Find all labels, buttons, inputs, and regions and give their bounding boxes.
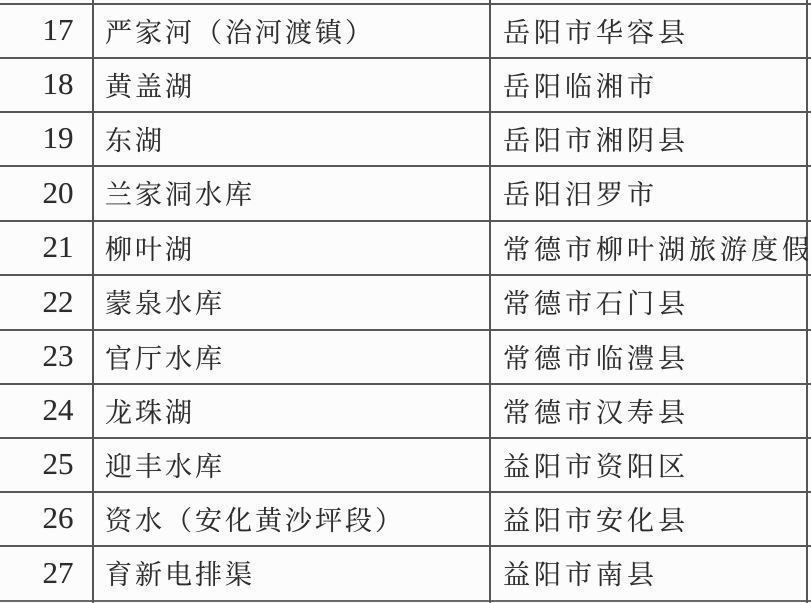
location: 常德市临澧县 — [503, 329, 689, 383]
location: 岳阳市华容县 — [503, 3, 689, 57]
water-body-name: 育新电排渠 — [105, 545, 255, 600]
water-body-name: 东湖 — [105, 111, 165, 165]
table-row: 18 黄盖湖 岳阳临湘市 — [0, 57, 811, 111]
table-row: 20 兰家洞水库 岳阳汨罗市 — [0, 165, 811, 220]
location: 常德市柳叶湖旅游度假区 — [503, 220, 811, 274]
water-body-name: 官厅水库 — [105, 329, 225, 383]
row-number: 19 — [0, 111, 104, 165]
water-body-name: 蒙泉水库 — [105, 274, 225, 329]
row-number: 22 — [0, 274, 104, 329]
table-row: 26 资水（安化黄沙坪段） 益阳市安化县 — [0, 491, 811, 545]
table-row: 23 官厅水库 常德市临澧县 — [0, 329, 811, 383]
table-row: 25 迎丰水库 益阳市资阳区 — [0, 437, 811, 491]
row-number: 21 — [0, 220, 104, 274]
scanned-document-page: 17 严家河（治河渡镇） 岳阳市华容县 18 黄盖湖 岳阳临湘市 19 东湖 岳… — [0, 0, 811, 603]
table-row: 17 严家河（治河渡镇） 岳阳市华容县 — [0, 3, 811, 57]
row-number: 27 — [0, 545, 104, 600]
water-body-name: 兰家洞水库 — [105, 165, 255, 220]
location: 益阳市安化县 — [503, 491, 689, 545]
water-body-name: 迎丰水库 — [105, 437, 225, 491]
row-number: 18 — [0, 57, 104, 111]
row-number: 23 — [0, 329, 104, 383]
water-body-name: 柳叶湖 — [105, 220, 195, 274]
location: 岳阳市湘阴县 — [503, 111, 689, 165]
location: 岳阳临湘市 — [503, 57, 658, 111]
water-body-name: 黄盖湖 — [105, 57, 195, 111]
row-number: 20 — [0, 165, 104, 220]
row-number: 17 — [0, 3, 104, 57]
water-body-name: 资水（安化黄沙坪段） — [105, 491, 405, 545]
table-row: 19 东湖 岳阳市湘阴县 — [0, 111, 811, 165]
water-body-name: 龙珠湖 — [105, 383, 195, 437]
row-number: 24 — [0, 383, 104, 437]
row-number: 25 — [0, 437, 104, 491]
grid-line-horizontal — [0, 600, 811, 602]
table-row: 24 龙珠湖 常德市汉寿县 — [0, 383, 811, 437]
table-row: 27 育新电排渠 益阳市南县 — [0, 545, 811, 600]
location: 益阳市南县 — [503, 545, 658, 600]
table-row: 21 柳叶湖 常德市柳叶湖旅游度假区 — [0, 220, 811, 274]
location: 益阳市资阳区 — [503, 437, 689, 491]
table-row: 22 蒙泉水库 常德市石门县 — [0, 274, 811, 329]
row-number: 26 — [0, 491, 104, 545]
location: 常德市汉寿县 — [503, 383, 689, 437]
water-body-name: 严家河（治河渡镇） — [105, 3, 375, 57]
location: 常德市石门县 — [503, 274, 689, 329]
location: 岳阳汨罗市 — [503, 165, 658, 220]
